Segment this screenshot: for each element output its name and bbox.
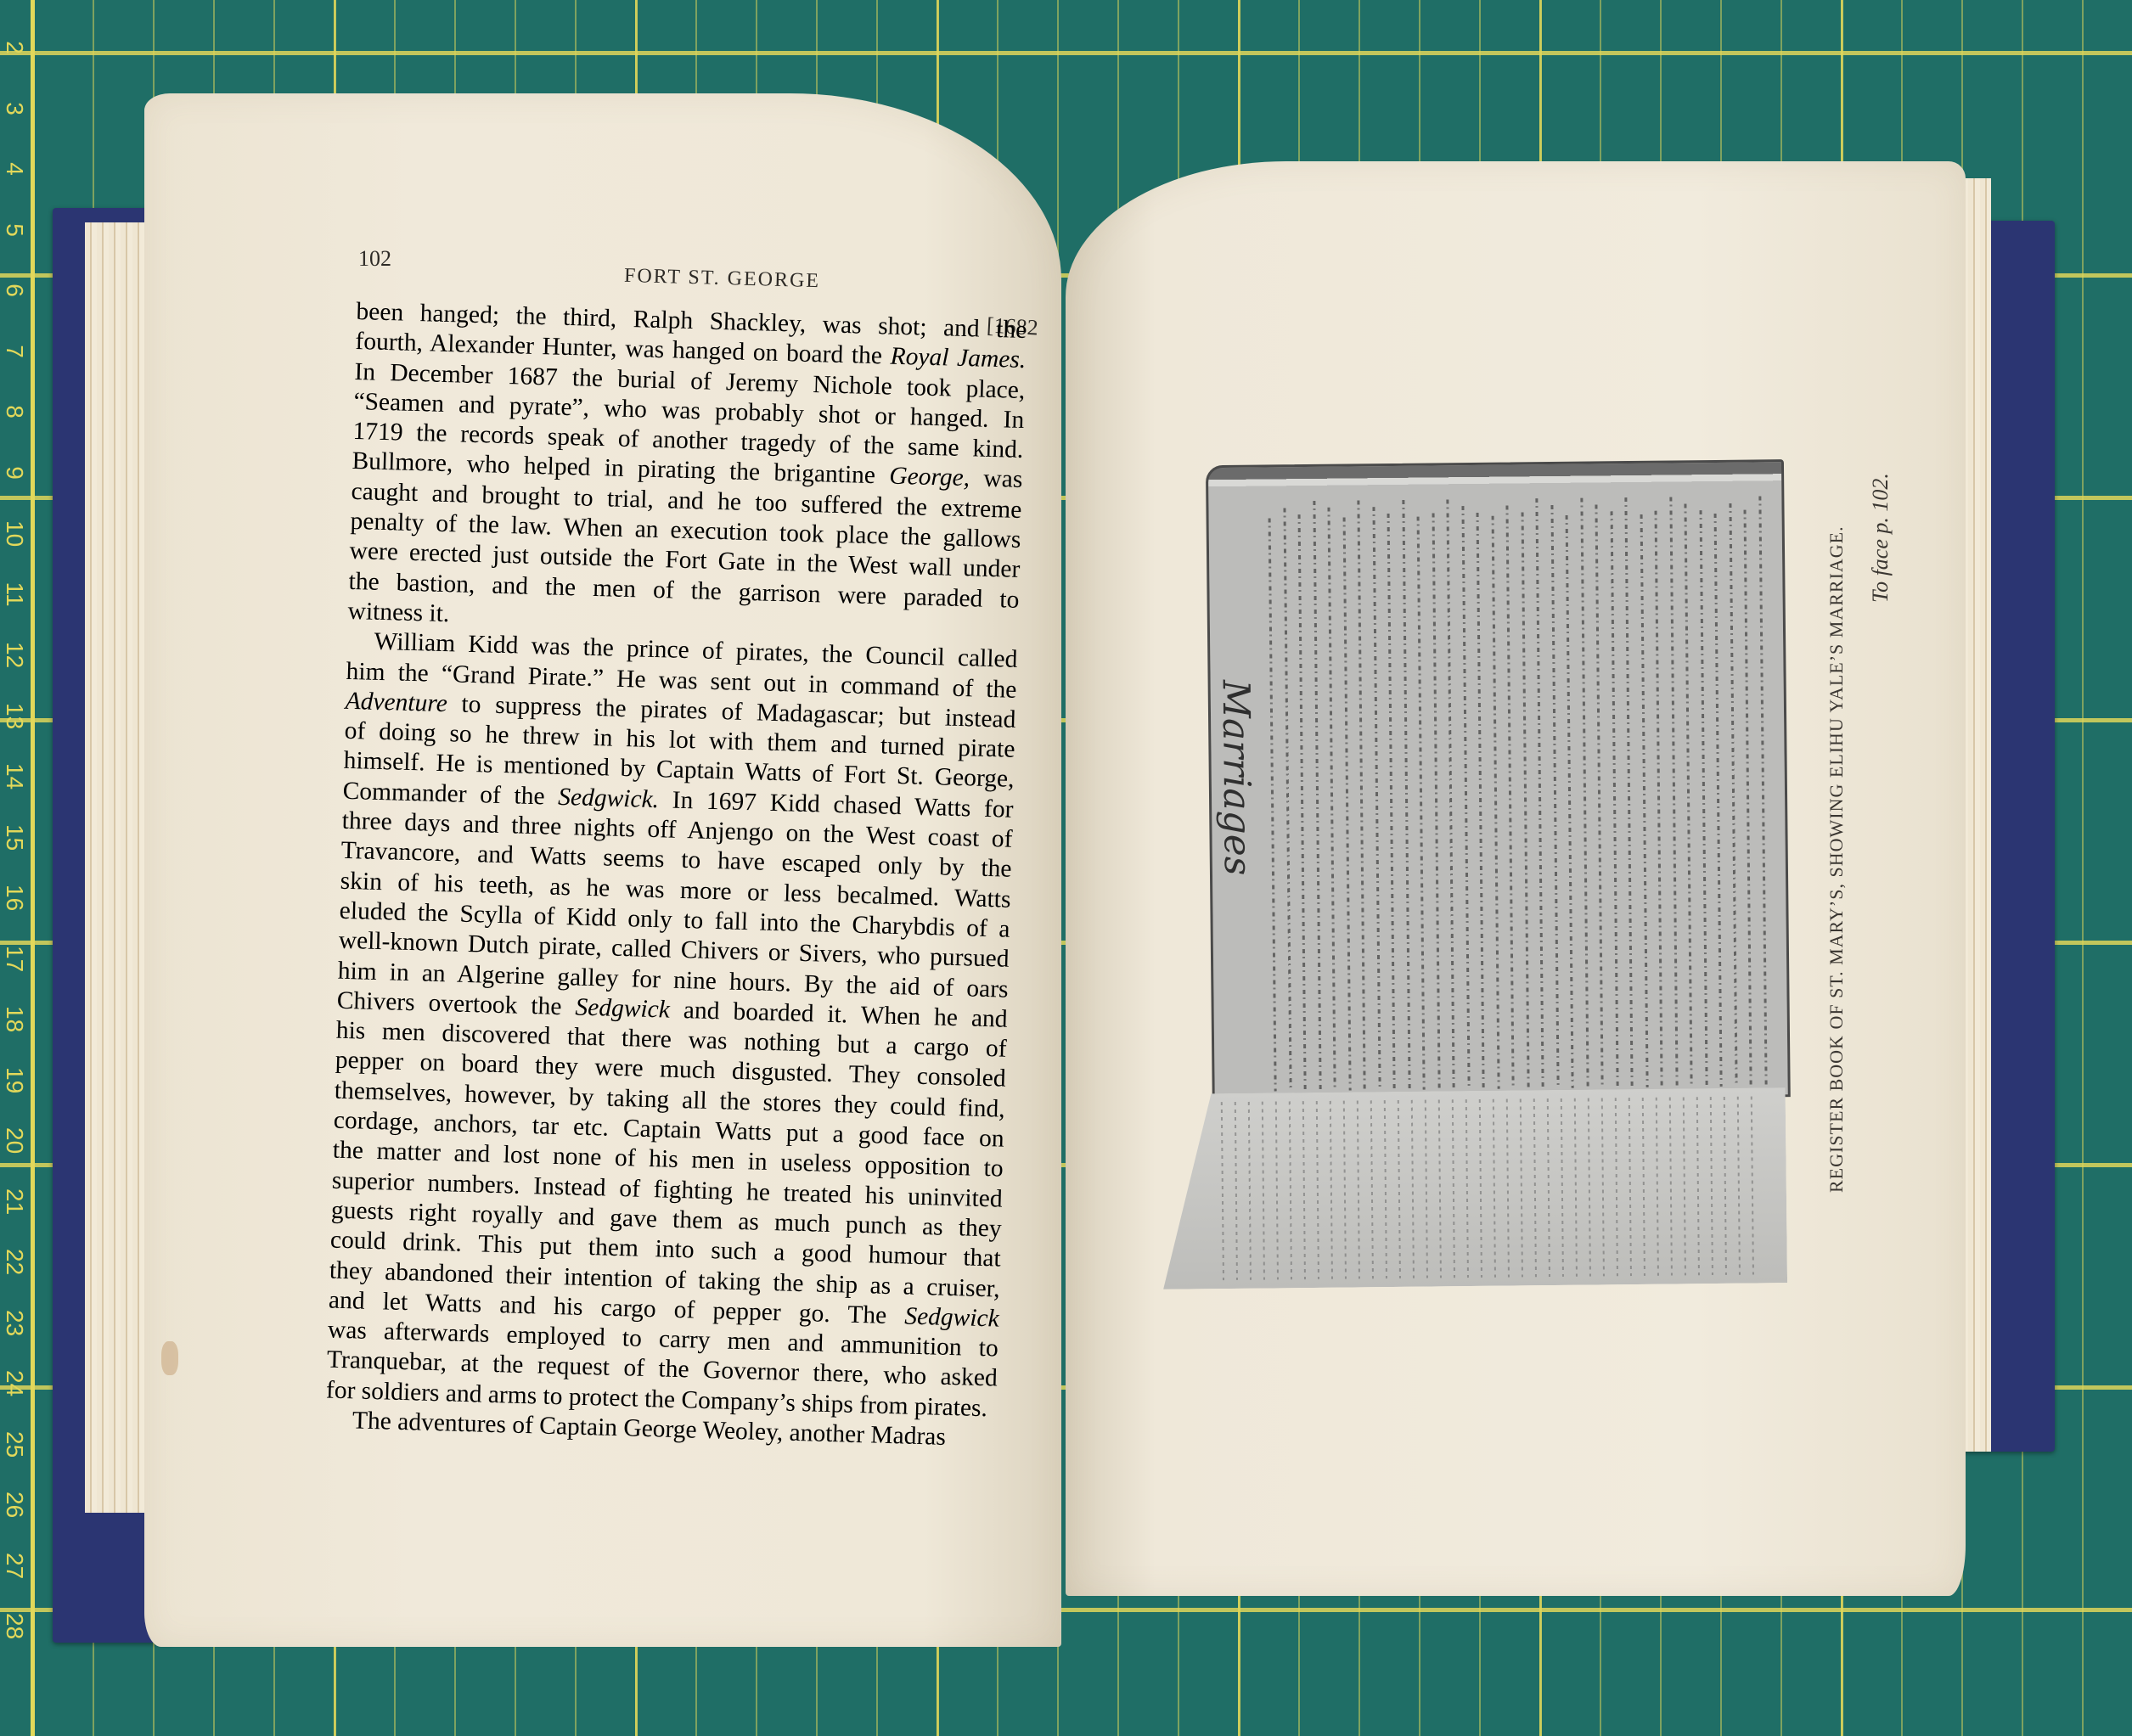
handwritten-entry xyxy=(1402,500,1410,1090)
faded-entry xyxy=(1737,1097,1741,1275)
handwritten-entry xyxy=(1327,508,1336,1091)
handwritten-entry xyxy=(1566,515,1574,1088)
register-book-page: Marriages xyxy=(1206,459,1791,1103)
faded-entry xyxy=(1438,1099,1442,1278)
faded-entry xyxy=(1221,1102,1224,1280)
ruler-number: 22 xyxy=(1,1249,28,1274)
faded-entry xyxy=(1601,1098,1605,1276)
ruler-number: 6 xyxy=(1,278,28,303)
handwritten-entry xyxy=(1477,513,1485,1089)
ruler-number: 5 xyxy=(1,217,28,243)
ruler-number: 15 xyxy=(1,824,28,850)
faded-entry xyxy=(1465,1099,1469,1278)
faded-entry xyxy=(1629,1098,1632,1276)
handwritten-entry xyxy=(1342,518,1351,1091)
handwritten-entry xyxy=(1446,499,1454,1089)
faded-entry xyxy=(1262,1102,1265,1280)
ruler-number: 14 xyxy=(1,763,28,789)
faded-entry xyxy=(1669,1098,1673,1276)
handwritten-entry xyxy=(1372,507,1381,1090)
plate-title: Marriages xyxy=(1214,680,1259,876)
faded-entry xyxy=(1479,1099,1482,1278)
ruler-number: 24 xyxy=(1,1370,28,1396)
ruler-number: 8 xyxy=(1,399,28,424)
handwritten-entry xyxy=(1714,514,1723,1087)
faded-entry xyxy=(1452,1099,1455,1278)
ruler-number: 7 xyxy=(1,339,28,364)
handwritten-entry xyxy=(1699,510,1707,1087)
handwritten-entry xyxy=(1580,498,1589,1088)
faded-entry xyxy=(1357,1100,1360,1278)
faded-entry xyxy=(1724,1097,1727,1275)
faded-entry xyxy=(1425,1100,1428,1278)
register-book-facing-leaf xyxy=(1162,1087,1787,1289)
handwritten-entry xyxy=(1640,514,1648,1087)
ruler-number: 21 xyxy=(1,1188,28,1214)
handwritten-entry xyxy=(1535,498,1544,1088)
ruler-number: 9 xyxy=(1,460,28,486)
register-book-photo: Marriages xyxy=(1155,459,1787,1289)
faded-entry xyxy=(1289,1101,1292,1279)
handwritten-entry xyxy=(1729,503,1737,1087)
faded-entry xyxy=(1656,1098,1659,1276)
faded-entry xyxy=(1384,1100,1387,1278)
foxing-stain xyxy=(161,1341,178,1375)
ruler-number: 2 xyxy=(1,35,28,60)
faded-entry xyxy=(1275,1101,1279,1279)
handwritten-entry xyxy=(1595,504,1603,1087)
handwritten-entry xyxy=(1432,513,1440,1089)
body-text: been hanged; the third, Ralph Shackley, … xyxy=(325,297,1027,1454)
faded-entry xyxy=(1751,1097,1754,1275)
faded-entry xyxy=(1696,1097,1700,1275)
faded-entry xyxy=(1520,1098,1523,1277)
faded-entry xyxy=(1248,1102,1252,1280)
ruler-number: 20 xyxy=(1,1127,28,1153)
ruler-number: 27 xyxy=(1,1553,28,1578)
cutting-mat-ruler: 2345678910111213141516171819202122232425… xyxy=(0,0,35,1736)
handwritten-entry xyxy=(1417,517,1426,1090)
faded-entry xyxy=(1398,1100,1401,1278)
page-block-left-edge xyxy=(85,222,153,1513)
handwritten-entry xyxy=(1461,506,1470,1089)
handwritten-entry xyxy=(1521,512,1529,1088)
ruler-number: 3 xyxy=(1,96,28,121)
handwritten-entry xyxy=(1298,514,1307,1091)
handwritten-entry xyxy=(1505,506,1514,1089)
page-number: 102 xyxy=(358,246,391,272)
ruler-number: 23 xyxy=(1,1310,28,1335)
faded-entry xyxy=(1561,1098,1564,1277)
ruler-number: 13 xyxy=(1,703,28,728)
handwritten-entry xyxy=(1357,500,1365,1090)
handwritten-entry xyxy=(1655,511,1663,1087)
faded-entry xyxy=(1411,1100,1415,1278)
facing-page-note: To face p. 102. xyxy=(1868,473,1893,603)
handwritten-entry xyxy=(1610,511,1618,1087)
faded-entry xyxy=(1547,1098,1550,1277)
faded-entry xyxy=(1506,1099,1510,1278)
faded-entry xyxy=(1574,1098,1578,1277)
handwritten-entry xyxy=(1684,503,1692,1087)
faded-entry xyxy=(1343,1101,1347,1279)
handwritten-entry xyxy=(1387,514,1396,1090)
handwritten-entry xyxy=(1491,516,1499,1089)
ruler-number: 16 xyxy=(1,885,28,910)
faded-entry xyxy=(1316,1101,1319,1279)
faded-entry xyxy=(1588,1098,1591,1277)
handwritten-entry xyxy=(1269,518,1277,1091)
ruler-number: 4 xyxy=(1,156,28,182)
faded-entry xyxy=(1302,1101,1306,1279)
faded-entry xyxy=(1370,1100,1374,1278)
faded-entry xyxy=(1642,1098,1645,1276)
faded-entry xyxy=(1235,1102,1238,1280)
ruler-number: 11 xyxy=(1,581,28,607)
ruler-number: 12 xyxy=(1,642,28,667)
ruler-number: 19 xyxy=(1,1067,28,1093)
ruler-number: 25 xyxy=(1,1431,28,1457)
plate-caption: REGISTER BOOK OF ST. MARY’S, SHOWING ELI… xyxy=(1825,525,1848,1193)
faded-entry xyxy=(1615,1098,1618,1276)
faded-entry xyxy=(1330,1101,1333,1279)
handwritten-entry xyxy=(1624,497,1633,1087)
faded-entry xyxy=(1533,1098,1537,1277)
handwritten-entry xyxy=(1744,510,1752,1087)
ruler-number: 18 xyxy=(1,1006,28,1031)
faded-entry xyxy=(1493,1099,1496,1278)
handwritten-entry xyxy=(1758,496,1767,1086)
handwritten-entry xyxy=(1550,505,1559,1088)
ruler-number: 17 xyxy=(1,946,28,971)
faded-entry xyxy=(1710,1097,1713,1275)
handwritten-entry xyxy=(1283,508,1291,1091)
ruler-number: 26 xyxy=(1,1492,28,1517)
handwritten-entry xyxy=(1669,497,1678,1087)
faded-entry xyxy=(1683,1097,1686,1275)
handwritten-entry xyxy=(1313,501,1321,1091)
ruler-number: 28 xyxy=(1,1613,28,1638)
ruler-number: 10 xyxy=(1,520,28,546)
